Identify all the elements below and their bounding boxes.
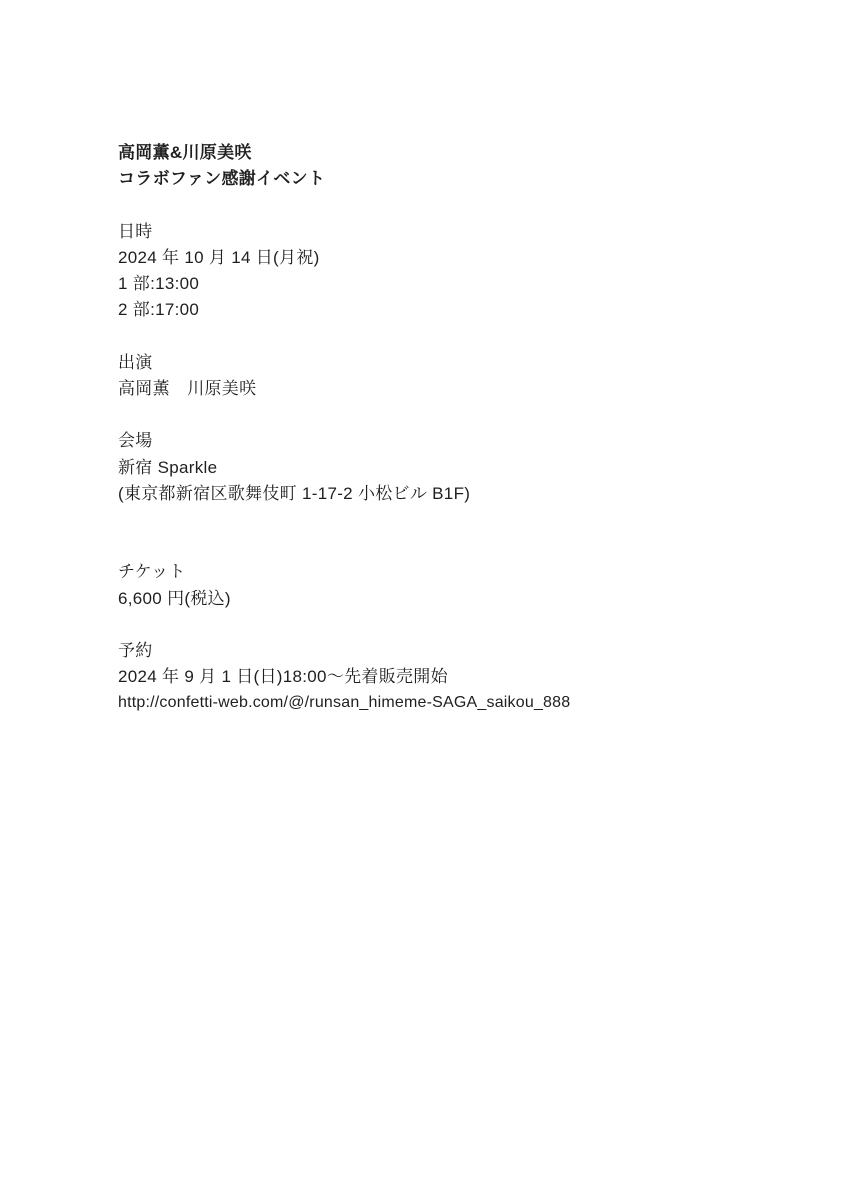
event-title-name: コラボファン感謝イベント: [118, 166, 738, 192]
reservation-url: http://confetti-web.com/@/runsan_himeme-…: [118, 690, 738, 716]
event-announcement-document: 高岡薫&川原美咲 コラボファン感謝イベント 日時 2024 年 10 月 14 …: [118, 140, 738, 717]
performer-names: 高岡薫 川原美咲: [118, 376, 738, 402]
reservation-start-date: 2024 年 9 月 1 日(日)18:00〜先着販売開始: [118, 664, 738, 690]
venue-name: 新宿 Sparkle: [118, 455, 738, 481]
document-title: 高岡薫&川原美咲 コラボファン感謝イベント: [118, 140, 738, 193]
event-part2-time: 2 部:17:00: [118, 297, 738, 323]
section-datetime: 日時 2024 年 10 月 14 日(月祝) 1 部:13:00 2 部:17…: [118, 219, 738, 324]
section-venue: 会場 新宿 Sparkle (東京都新宿区歌舞伎町 1-17-2 小松ビル B1…: [118, 428, 738, 507]
section-ticket: チケット 6,600 円(税込): [118, 559, 738, 612]
datetime-heading: 日時: [118, 219, 738, 245]
ticket-heading: チケット: [118, 559, 738, 585]
event-part1-time: 1 部:13:00: [118, 271, 738, 297]
reservation-heading: 予約: [118, 638, 738, 664]
event-date: 2024 年 10 月 14 日(月祝): [118, 245, 738, 271]
venue-heading: 会場: [118, 428, 738, 454]
venue-address: (東京都新宿区歌舞伎町 1-17-2 小松ビル B1F): [118, 481, 738, 507]
section-reservation: 予約 2024 年 9 月 1 日(日)18:00〜先着販売開始 http://…: [118, 638, 738, 717]
performers-heading: 出演: [118, 350, 738, 376]
event-title-performers: 高岡薫&川原美咲: [118, 140, 738, 166]
section-performers: 出演 高岡薫 川原美咲: [118, 350, 738, 403]
ticket-price: 6,600 円(税込): [118, 586, 738, 612]
